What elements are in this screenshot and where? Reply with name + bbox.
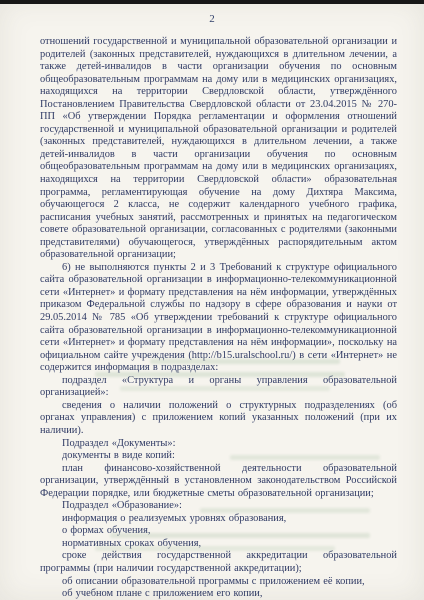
paragraph: сроке действия государственной аккредита…: [40, 550, 397, 575]
paragraph: информация о реализуемых уровнях образов…: [40, 513, 397, 526]
paragraph: Подраздел «Документы»:: [40, 438, 397, 451]
paragraph: отношений государственной и муниципально…: [40, 36, 397, 262]
bleed-through-artifact: [230, 455, 380, 460]
bleed-through-artifact: [95, 546, 335, 551]
paragraph: сведения о наличии положений о структурн…: [40, 400, 397, 438]
bleed-through-artifact: [150, 359, 340, 364]
paragraph: план финансово-хозяйственной деятельност…: [40, 463, 397, 501]
scan-edge-artifact: [0, 0, 424, 4]
bleed-through-artifact: [200, 508, 370, 513]
bleed-through-artifact: [120, 386, 330, 391]
scanned-document-page: 2 отношений государственной и муниципаль…: [0, 0, 424, 600]
paragraph: об описании образовательной программы с …: [40, 576, 397, 589]
bleed-through-artifact: [110, 533, 370, 538]
paragraph: 6) не выполняются пункты 2 и 3 Требовани…: [40, 262, 397, 375]
page-number: 2: [0, 13, 424, 25]
document-body: отношений государственной и муниципально…: [40, 36, 397, 600]
paragraph: об учебном плане с приложением его копии…: [40, 588, 397, 600]
bleed-through-artifact: [95, 372, 345, 377]
